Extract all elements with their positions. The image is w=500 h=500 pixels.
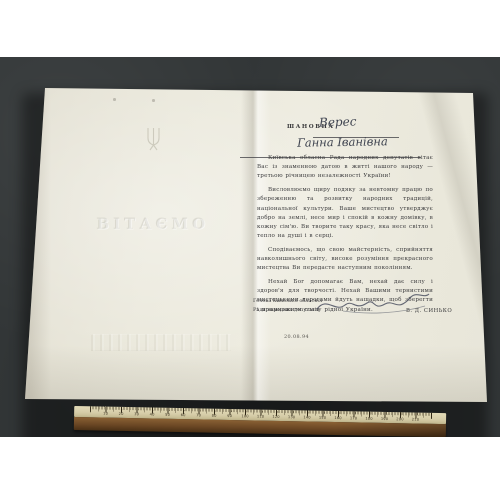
handwritten-surname: Верес (319, 114, 357, 129)
bottom-white-band (0, 437, 500, 500)
signer-title-line2: Ради народних депутатів (253, 306, 322, 315)
pin-hole-dot (152, 99, 155, 102)
photo-background: ВІТАЄМО ШАНОВНА Верес Ганна Іванівна Киї… (0, 57, 500, 437)
ruler-number: 160 (334, 416, 342, 420)
ruler-number: 190 (381, 417, 389, 421)
ruler-number: 180 (365, 417, 373, 421)
ruler-number: 40 (150, 413, 155, 417)
pin-hole-dot (113, 98, 116, 101)
embossed-trident-emblem-icon (144, 126, 163, 157)
ruler-number: 60 (181, 413, 186, 417)
handwritten-signature (315, 288, 433, 322)
top-white-band (0, 0, 500, 57)
ruler-number: 200 (396, 417, 404, 421)
ruler-number: 150 (319, 416, 327, 420)
ruler-number: 30 (134, 412, 139, 416)
greeting-card: ВІТАЄМО ШАНОВНА Верес Ганна Іванівна Киї… (25, 88, 487, 402)
letter-paragraph: Київська обласна Рада народних депутатів… (257, 154, 433, 182)
ruler-number: 110 (257, 415, 265, 419)
letter-date: 20.08.94 (284, 334, 309, 340)
ruler-number: 140 (303, 416, 311, 420)
ruler-number: 10 (103, 412, 108, 416)
ruler-number: 70 (196, 414, 201, 418)
ruler-number: 170 (350, 416, 358, 420)
letter-paragraph: Сподіваємось, що свою майстерність, спри… (257, 246, 433, 274)
ruler-number: 80 (212, 414, 217, 418)
ruler-number: 100 (241, 414, 249, 418)
embossed-ornament-band (91, 334, 231, 351)
signer-title-line1: Голова Київської обласної (253, 297, 322, 306)
signer-title: Голова Київської обласної Ради народних … (253, 297, 322, 314)
embossed-greeting-text: ВІТАЄМО (85, 215, 221, 233)
signer-name: В. Д. СИНЬКО (406, 308, 452, 314)
ruler-number: 210 (412, 418, 420, 422)
ruler-number: 50 (165, 413, 170, 417)
ruler-number: 90 (227, 414, 232, 418)
ruler-number: 120 (272, 415, 280, 419)
ruler-number: 20 (119, 412, 124, 416)
letter-paragraph: Висловлюємо щиру подяку за невтомну прац… (257, 186, 433, 241)
photo-of-greeting-card: ВІТАЄМО ШАНОВНА Верес Ганна Іванівна Киї… (0, 0, 500, 500)
ruler-number: 130 (288, 415, 296, 419)
handwritten-given-name: Ганна Іванівна (250, 133, 435, 150)
